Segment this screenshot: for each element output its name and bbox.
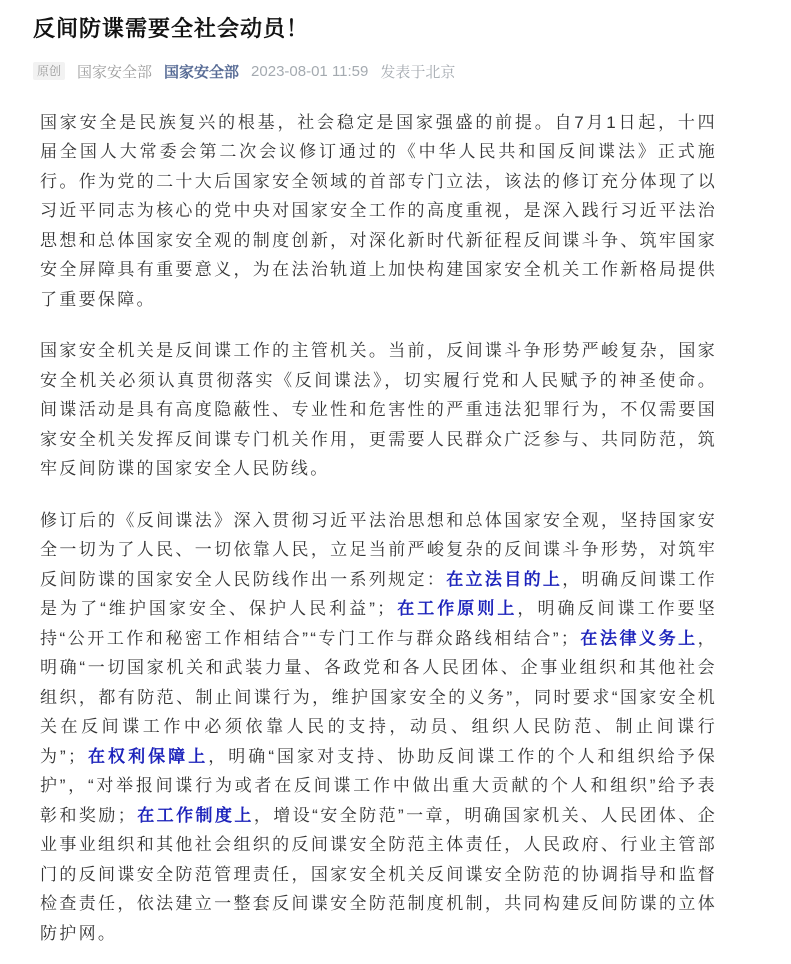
text-run: 国家安全机关是反间谍工作的主管机关。当前，反间谍斗争形势严峻复杂，国家安全机关必… bbox=[40, 341, 717, 478]
text-run: ，增设“安全防范”一章，明确国家机关、人民团体、企业事业组织和其他社会组织的反间… bbox=[40, 806, 717, 943]
text-run: 国家安全是民族复兴的根基，社会稳定是国家强盛的前提。自7月1日起，十四届全国人大… bbox=[40, 113, 717, 309]
article-meta: 原创 国家安全部 国家安全部 2023-08-01 11:59 发表于北京 bbox=[33, 61, 751, 82]
paragraph: 国家安全是民族复兴的根基，社会稳定是国家强盛的前提。自7月1日起，十四届全国人大… bbox=[40, 108, 717, 315]
emphasis-text: 在法律义务上 bbox=[580, 629, 698, 648]
emphasis-text: 在工作制度上 bbox=[137, 806, 254, 825]
paragraph: 国家安全机关是反间谍工作的主管机关。当前，反间谍斗争形势严峻复杂，国家安全机关必… bbox=[40, 336, 717, 484]
article-title: 反间防谍需要全社会动员！ bbox=[33, 15, 751, 44]
text-run: ，明确“一切国家机关和武装力量、各政党和各人民团体、企事业组织和其他社会组织，都… bbox=[40, 629, 717, 766]
original-badge: 原创 bbox=[33, 62, 65, 81]
article-body: 国家安全是民族复兴的根基，社会稳定是国家强盛的前提。自7月1日起，十四届全国人大… bbox=[33, 108, 751, 949]
publish-location: 发表于北京 bbox=[380, 61, 455, 82]
emphasis-text: 在工作原则上 bbox=[396, 599, 517, 618]
account-link[interactable]: 国家安全部 bbox=[164, 61, 239, 82]
publish-time: 2023-08-01 11:59 bbox=[251, 63, 368, 80]
author-name: 国家安全部 bbox=[77, 61, 152, 82]
emphasis-text: 在权利保障上 bbox=[87, 747, 208, 766]
paragraph: 修订后的《反间谍法》深入贯彻习近平法治思想和总体国家安全观，坚持国家安全一切为了… bbox=[40, 506, 717, 949]
article-page: 反间防谍需要全社会动员！ 原创 国家安全部 国家安全部 2023-08-01 1… bbox=[0, 0, 791, 964]
emphasis-text: 在立法目的上 bbox=[446, 570, 562, 589]
